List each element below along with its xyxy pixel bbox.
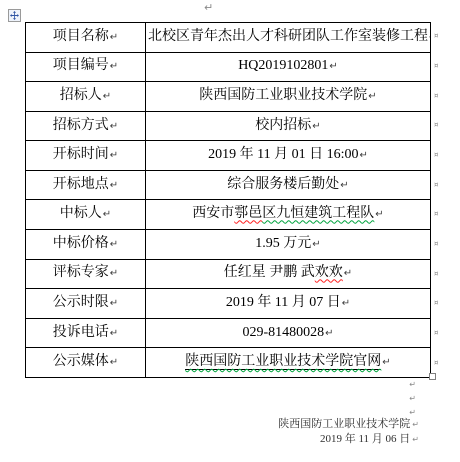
table-row: 公示媒体↵ 陕西国防工业职业技术学院官网↵ — [26, 348, 431, 378]
row-value-plain: 任红星 尹鹏 武 — [224, 265, 315, 280]
row-label-cell[interactable]: 招标方式↵ — [26, 111, 146, 141]
cell-end-mark: ↵ — [429, 32, 431, 43]
row-end-mark: ¤ — [434, 360, 438, 367]
row-value: 综合服务楼后勤处 — [227, 177, 339, 192]
signature-block[interactable]: 陕西国防工业职业技术学院↵ 2019 年 11 月 06 日↵ — [278, 417, 419, 447]
cell-end-mark: ↵ — [110, 121, 118, 132]
row-label: 开标时间 — [53, 147, 109, 162]
table-move-handle[interactable] — [8, 9, 21, 22]
row-value-cell[interactable]: 2019 年 11 月 07 日↵ — [146, 289, 431, 319]
cell-end-mark: ↵ — [110, 357, 118, 368]
cell-end-mark: ↵ — [344, 268, 352, 279]
row-label-cell[interactable]: 招标人↵ — [26, 82, 146, 112]
cell-end-mark: ↵ — [103, 209, 111, 220]
paragraph-mark: ↵ — [412, 420, 419, 429]
cell-end-mark: ↵ — [312, 239, 320, 250]
table-row: 中标价格↵ 1.95 万元↵ — [26, 230, 431, 260]
row-label-cell[interactable]: 投诉电话↵ — [26, 318, 146, 348]
row-label-cell[interactable]: 评标专家↵ — [26, 259, 146, 289]
row-label: 公示时限 — [53, 295, 109, 310]
cell-end-mark: ↵ — [110, 298, 118, 309]
row-end-mark: ¤ — [434, 122, 438, 129]
table-row: 中标人↵ 西安市鄠邑区九恒建筑工程队↵ — [26, 200, 431, 230]
row-label-cell[interactable]: 公示媒体↵ — [26, 348, 146, 378]
cell-end-mark: ↵ — [359, 150, 367, 161]
cell-end-mark: ↵ — [342, 298, 350, 309]
row-end-mark: ¤ — [434, 241, 438, 248]
table-row: 招标方式↵ 校内招标↵ — [26, 111, 431, 141]
cell-end-mark: ↵ — [103, 91, 111, 102]
paragraph-mark: ↵ — [409, 381, 416, 389]
paragraph-mark: ↵ — [204, 1, 213, 14]
cell-end-mark: ↵ — [110, 61, 118, 72]
signature-date-line: 2019 年 11 月 06 日↵ — [278, 432, 419, 447]
row-end-mark: ¤ — [434, 271, 438, 278]
row-label: 项目名称 — [53, 29, 109, 44]
cell-end-mark: ↵ — [329, 61, 337, 72]
row-label: 投诉电话 — [53, 325, 109, 340]
table-resize-handle[interactable] — [429, 373, 436, 380]
table-row: 投诉电话↵ 029-81480028↵ — [26, 318, 431, 348]
row-value-cell[interactable]: HQ2019102801↵ — [146, 52, 431, 82]
row-value-cell[interactable]: 陕西国防工业职业技术学院官网↵ — [146, 348, 431, 378]
table-row: 项目名称↵ 北校区青年杰出人才科研团队工作室装修工程↵ — [26, 23, 431, 53]
grammar-error-text: 区九恒建筑工程队 — [262, 206, 374, 221]
cell-end-mark: ↵ — [110, 180, 118, 191]
cell-end-mark: ↵ — [340, 180, 348, 191]
signature-date: 2019 年 11 月 06 日 — [320, 433, 410, 445]
row-value: 校内招标 — [255, 118, 311, 133]
table-row: 评标专家↵ 任红星 尹鹏 武欢欢↵ — [26, 259, 431, 289]
row-label-cell[interactable]: 项目名称↵ — [26, 23, 146, 53]
table-row: 公示时限↵ 2019 年 11 月 07 日↵ — [26, 289, 431, 319]
word-document-page: { "document": { "table": { "rows": [ {"l… — [0, 0, 460, 462]
row-value-plain: 西安市 — [192, 206, 234, 221]
row-label: 招标人 — [60, 88, 102, 103]
spelling-error-text: 鄠邑 — [234, 206, 262, 221]
row-label: 项目编号 — [53, 58, 109, 73]
paragraph-mark: ↵ — [409, 395, 416, 403]
row-value: 陕西国防工业职业技术学院 — [199, 88, 367, 103]
row-end-mark: ¤ — [434, 300, 438, 307]
row-value-cell[interactable]: 西安市鄠邑区九恒建筑工程队↵ — [146, 200, 431, 230]
bid-result-table: 项目名称↵ 北校区青年杰出人才科研团队工作室装修工程↵ 项目编号↵ HQ2019… — [25, 22, 431, 378]
cell-end-mark: ↵ — [110, 32, 118, 43]
row-value: 北校区青年杰出人才科研团队工作室装修工程 — [148, 29, 428, 44]
table-row: 开标时间↵ 2019 年 11 月 01 日 16:00↵ — [26, 141, 431, 171]
row-value-cell[interactable]: 1.95 万元↵ — [146, 230, 431, 260]
row-label: 中标人 — [60, 206, 102, 221]
website-link-text: 陕西国防工业职业技术学院官网 — [185, 354, 381, 370]
cell-end-mark: ↵ — [110, 239, 118, 250]
row-value: HQ2019102801 — [238, 58, 328, 73]
signature-org-line: 陕西国防工业职业技术学院↵ — [278, 417, 419, 432]
row-value-cell[interactable]: 北校区青年杰出人才科研团队工作室装修工程↵ — [146, 23, 431, 53]
table-row: 项目编号↵ HQ2019102801↵ — [26, 52, 431, 82]
row-label-cell[interactable]: 中标价格↵ — [26, 230, 146, 260]
row-label-cell[interactable]: 公示时限↵ — [26, 289, 146, 319]
cell-end-mark: ↵ — [110, 150, 118, 161]
row-end-mark: ¤ — [434, 182, 438, 189]
row-value: 1.95 万元 — [255, 236, 311, 251]
row-end-mark: ¤ — [434, 330, 438, 337]
row-label: 中标价格 — [53, 236, 109, 251]
cell-end-mark: ↵ — [325, 328, 333, 339]
row-label-cell[interactable]: 开标地点↵ — [26, 170, 146, 200]
row-label: 评标专家 — [53, 265, 109, 280]
row-value-cell[interactable]: 陕西国防工业职业技术学院↵ — [146, 82, 431, 112]
table-row: 招标人↵ 陕西国防工业职业技术学院↵ — [26, 82, 431, 112]
cell-end-mark: ↵ — [382, 357, 390, 368]
row-label: 公示媒体 — [53, 354, 109, 369]
spelling-error-text: 欢欢 — [315, 265, 343, 280]
cell-end-mark: ↵ — [368, 91, 376, 102]
paragraph-mark: ↵ — [409, 409, 416, 417]
row-label: 招标方式 — [53, 118, 109, 133]
row-end-mark: ¤ — [434, 63, 438, 70]
table-row: 开标地点↵ 综合服务楼后勤处↵ — [26, 170, 431, 200]
row-end-mark: ¤ — [434, 33, 438, 40]
move-arrows-icon — [10, 11, 19, 20]
signature-org: 陕西国防工业职业技术学院 — [278, 418, 410, 430]
row-label-cell[interactable]: 开标时间↵ — [26, 141, 146, 171]
row-value: 029-81480028 — [242, 325, 324, 340]
row-value: 2019 年 11 月 07 日 — [226, 295, 341, 310]
cell-end-mark: ↵ — [312, 121, 320, 132]
row-label-cell[interactable]: 项目编号↵ — [26, 52, 146, 82]
row-label: 开标地点 — [53, 177, 109, 192]
row-label-cell[interactable]: 中标人↵ — [26, 200, 146, 230]
row-value-cell[interactable]: 综合服务楼后勤处↵ — [146, 170, 431, 200]
cell-end-mark: ↵ — [375, 209, 383, 220]
paragraph-mark: ↵ — [412, 435, 419, 444]
row-end-mark: ¤ — [434, 152, 438, 159]
row-value: 2019 年 11 月 01 日 16:00 — [208, 147, 358, 162]
row-end-markers: ¤ ¤ ¤ ¤ ¤ ¤ ¤ ¤ ¤ ¤ ¤ ¤ — [434, 22, 444, 378]
cell-end-mark: ↵ — [110, 328, 118, 339]
row-value-cell[interactable]: 任红星 尹鹏 武欢欢↵ — [146, 259, 431, 289]
row-value-cell[interactable]: 029-81480028↵ — [146, 318, 431, 348]
row-end-mark: ¤ — [434, 211, 438, 218]
row-value-cell[interactable]: 校内招标↵ — [146, 111, 431, 141]
row-end-mark: ¤ — [434, 93, 438, 100]
cell-end-mark: ↵ — [110, 268, 118, 279]
empty-paragraph-marks: ↵ ↵ ↵ — [402, 381, 416, 417]
row-value-cell[interactable]: 2019 年 11 月 01 日 16:00↵ — [146, 141, 431, 171]
